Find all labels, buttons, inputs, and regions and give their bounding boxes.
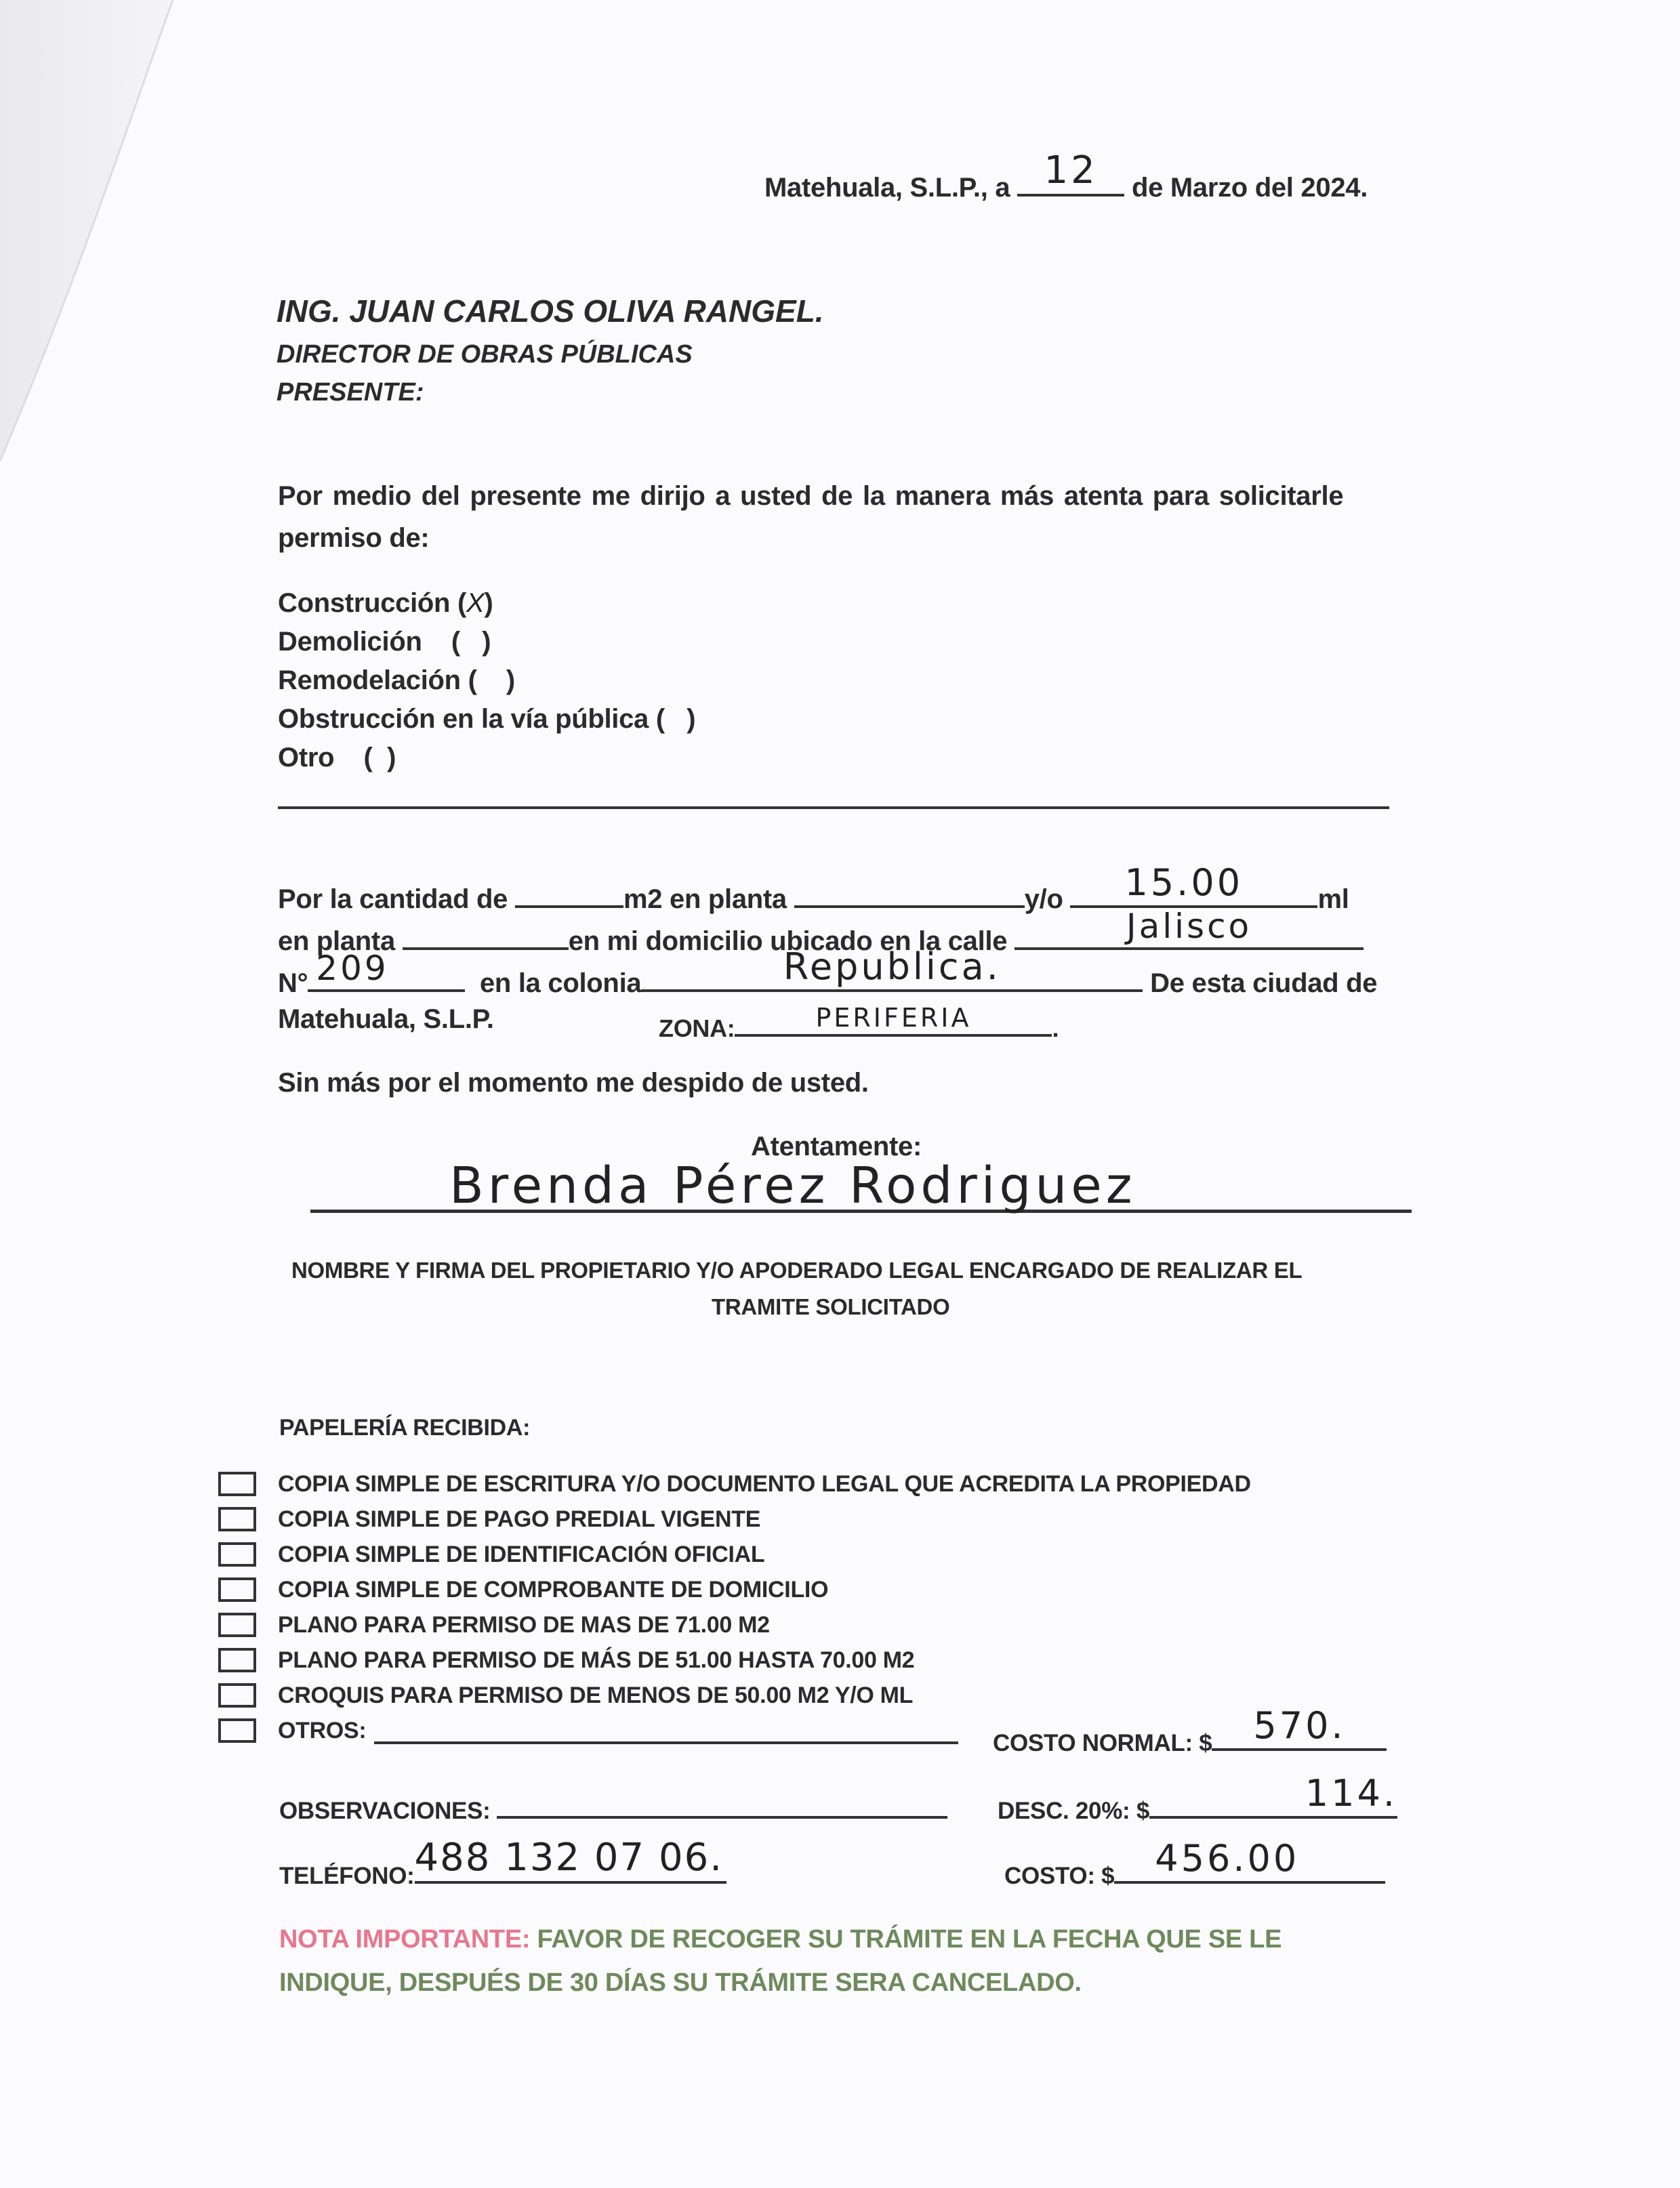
document-item[interactable]: COPIA SIMPLE DE PAGO PREDIAL VIGENTE [218,1502,1251,1537]
cost-discount-field[interactable]: 114. [1149,1789,1397,1819]
permit-type-otro[interactable]: Otro ( ) [278,739,695,777]
intro-line-1: Por medio del presente me dirijo a usted… [278,481,1343,512]
farewell-text: Sin más por el momento me despido de ust… [278,1068,869,1098]
colonia-value: Republica. [641,945,1143,988]
en-planta-field[interactable] [403,920,569,950]
date-day-field[interactable]: 12 [1017,161,1124,197]
details-line-3: N°209 en la coloniaRepublica. De esta ci… [278,962,1377,999]
planta-field[interactable] [794,878,1025,908]
cost-total-row: COSTO: $456.00 [1004,1854,1385,1890]
cost-discount-value: 114. [1149,1772,1397,1815]
documents-list: COPIA SIMPLE DE ESCRITURA Y/O DOCUMENTO … [218,1466,1251,1748]
colonia-field[interactable]: Republica. [641,962,1143,992]
signature-line[interactable]: Brenda Pérez Rodriguez [310,1210,1412,1213]
phone-value: 488 132 07 06. [415,1836,726,1880]
date-day-value: 12 [1017,148,1124,192]
zona-line: ZONA:PERIFERIA. [659,1007,1059,1043]
document-item[interactable]: COPIA SIMPLE DE COMPROBANTE DE DOMICILIO [218,1572,1251,1607]
important-note: NOTA IMPORTANTE: FAVOR DE RECOGER SU TRÁ… [279,1918,1282,2004]
checkbox[interactable] [218,1613,256,1637]
note-text-1: FAVOR DE RECOGER SU TRÁMITE EN LA FECHA … [537,1925,1282,1954]
document-item[interactable]: CROQUIS PARA PERMISO DE MENOS DE 50.00 M… [218,1678,1251,1713]
date-line: Matehuala, S.L.P., a 12 de Marzo del 202… [764,161,1368,203]
document-item[interactable]: PLANO PARA PERMISO DE MAS DE 71.00 M2 [218,1607,1251,1643]
cost-total-field[interactable]: 456.00 [1114,1854,1385,1884]
checkbox[interactable] [218,1472,256,1496]
checkbox[interactable] [218,1683,256,1708]
zona-value: PERIFERIA [735,1003,1052,1033]
m2-field[interactable] [515,878,623,908]
document-item[interactable]: COPIA SIMPLE DE IDENTIFICACIÓN OFICIAL [218,1537,1251,1572]
checkbox[interactable] [218,1648,256,1672]
permit-type-remodelacion[interactable]: Remodelación ( ) [278,661,695,700]
observations-row: OBSERVACIONES: [279,1789,947,1825]
cost-discount-row: DESC. 20%: $114. [998,1789,1397,1825]
ml-value: 15.00 [1070,861,1317,904]
details-line-4: Matehuala, S.L.P. [278,1004,494,1035]
permit-type-obstruccion[interactable]: Obstrucción en la vía pública ( ) [278,700,695,739]
otro-specify-line[interactable] [278,806,1389,809]
permit-type-construccion[interactable]: Construcción (X) [278,584,695,623]
checkbox[interactable] [218,1542,256,1567]
permit-type-list: Construcción (X) Demolición ( ) Remodela… [278,584,695,777]
signature-caption-2: TRAMITE SOLICITADO [712,1294,949,1320]
observations-field[interactable] [497,1789,947,1819]
date-place-prefix: Matehuala, S.L.P., a [764,173,1010,203]
note-label: NOTA IMPORTANTE: [279,1925,530,1954]
ml-field[interactable]: 15.00 [1070,878,1317,908]
checkbox[interactable] [218,1577,256,1602]
permit-type-demolicion[interactable]: Demolición ( ) [278,623,695,661]
zona-field[interactable]: PERIFERIA [735,1007,1052,1037]
intro-line-2: permiso de: [278,523,429,554]
recipient-title: DIRECTOR DE OBRAS PÚBLICAS [276,340,693,369]
recipient-name: ING. JUAN CARLOS OLIVA RANGEL. [276,293,824,329]
cost-normal-field[interactable]: 570. [1212,1721,1387,1751]
cost-total-value: 456.00 [1114,1837,1385,1880]
permit-checkmark: X [466,588,484,618]
otros-field[interactable] [374,1717,958,1744]
document-item[interactable]: COPIA SIMPLE DE ESCRITURA Y/O DOCUMENTO … [218,1466,1251,1502]
phone-row: TELÉFONO:488 132 07 06. [279,1854,726,1890]
phone-field[interactable]: 488 132 07 06. [415,1854,726,1884]
note-text-2: INDIQUE, DESPUÉS DE 30 DÍAS SU TRÁMITE S… [279,1961,1282,2004]
cost-normal-value: 570. [1212,1704,1387,1747]
house-number-value: 209 [308,949,465,988]
street-value: Jalisco [1015,907,1364,946]
house-number-field[interactable]: 209 [308,962,465,992]
cost-normal-row: COSTO NORMAL: $570. [993,1721,1387,1757]
date-place-suffix: de Marzo del 2024. [1132,173,1368,203]
signature-caption-1: NOMBRE Y FIRMA DEL PROPIETARIO Y/O APODE… [291,1258,1302,1283]
checkbox[interactable] [218,1718,256,1743]
checkbox[interactable] [218,1507,256,1531]
documents-heading: PAPELERÍA RECIBIDA: [279,1415,530,1441]
recipient-salutation: PRESENTE: [276,378,424,407]
document-item[interactable]: PLANO PARA PERMISO DE MÁS DE 51.00 HASTA… [218,1643,1251,1678]
signature-value: Brenda Pérez Rodriguez [449,1157,1136,1215]
